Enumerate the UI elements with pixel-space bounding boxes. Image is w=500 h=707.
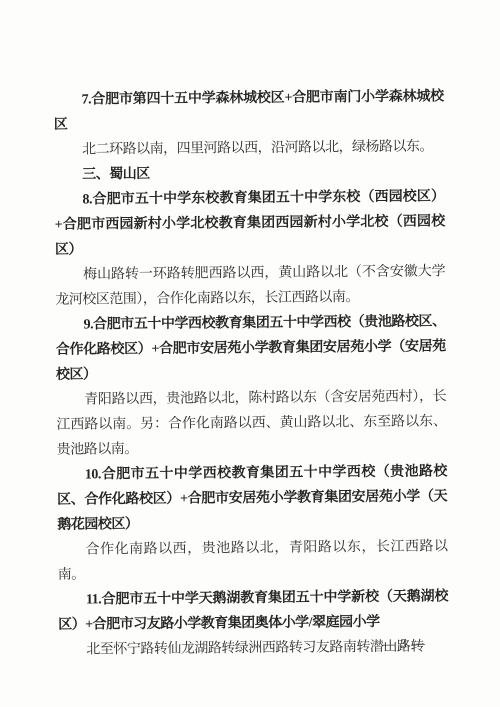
document-text: 7.合肥市第四十五中学森林城校区+合肥市南门小学森林城校区北二环路以南，四里河路… <box>53 84 448 662</box>
paragraph-entry-heading: 7.合肥市第四十五中学森林城校区+合肥市南门小学森林城校区 <box>53 84 443 137</box>
paragraph-entry-heading: 8.合肥市五十中学东校教育集团五十中学东校（西园校区）+合肥市西园新村小学北校教… <box>54 184 445 262</box>
paragraph-body: 合作化南路以西，贵池路以北，青阳路以东，长江西路以南。 <box>57 534 447 587</box>
paragraph-body: 青阳路以西，贵池路以北，陈村路以东（含安居苑西村），长江西路以南。另：合作化南路… <box>56 384 447 462</box>
paragraph-body: 北二环路以南，四里河路以西，沿河路以北，绿杨路以东。 <box>54 134 444 162</box>
paragraph-entry-heading: 10.合肥市五十中学西校教育集团五十中学西校（贵池路校区、合作化路校区）+合肥市… <box>57 459 448 537</box>
page-number: — 3 — <box>382 636 426 652</box>
paragraph-body: 梅山路转一环路转肥西路以西，黄山路以北（不含安徽大学龙河校区范围），合作化南路以… <box>55 259 445 312</box>
paragraph-entry-heading: 11.合肥市五十中学天鹅湖教育集团五十中学新校（天鹅湖校区）+合肥市习友路小学教… <box>58 584 448 637</box>
paragraph-section-heading: 三、蜀山区 <box>54 159 444 187</box>
paragraph-entry-heading: 9.合肥市五十中学西校教育集团五十中学西校（贵池路校区、合作化路校区）+合肥市安… <box>55 309 446 387</box>
scanned-document-page: 7.合肥市第四十五中学森林城校区+合肥市南门小学森林城校区北二环路以南，四里河路… <box>0 0 500 707</box>
